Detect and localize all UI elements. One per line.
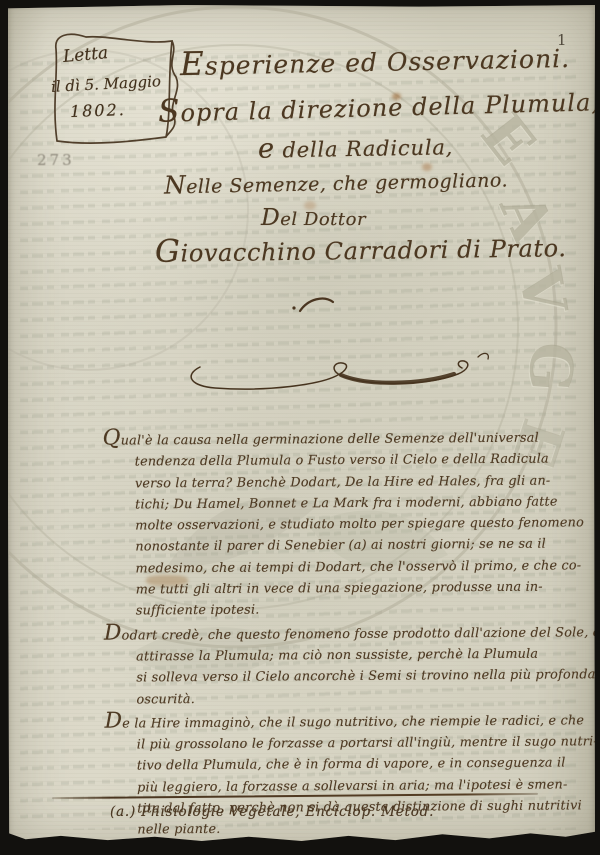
text-line: nonostante il parer di Senebier (a) ai n… xyxy=(135,534,581,558)
text-line: tichi; Du Hamel, Bonnet e La Mark fra i … xyxy=(135,491,581,515)
paper-sheet: E A V G E 1 273 Letta il dì 5. Maggio 18… xyxy=(8,5,595,846)
scanned-manuscript-page: E A V G E 1 273 Letta il dì 5. Maggio 18… xyxy=(0,0,600,855)
text-line: verso la terra? Benchè Dodart, De la Hir… xyxy=(135,470,581,494)
body-text: Qual'è la causa nella germinazione delle… xyxy=(103,427,584,844)
text-line: si solleva verso il Cielo ancorchè i Sem… xyxy=(136,665,582,689)
title-line-3: e della Radicula, xyxy=(258,130,454,164)
text-line: medesimo, che ai tempi di Dodart, che l'… xyxy=(135,555,581,579)
text-line: molte osservazioni, e studiato molto per… xyxy=(135,513,581,537)
text-line: tendenza della Plumula o Fusto verso il … xyxy=(135,449,581,473)
text-line: nelle piante. xyxy=(137,817,583,841)
margin-note-line: 1802. xyxy=(70,100,126,121)
margin-note-line: Letta xyxy=(62,43,109,67)
archive-stamp-number: 273 xyxy=(37,151,75,169)
text-line: attirasse la Plumula; ma ciò non sussist… xyxy=(136,643,582,667)
text-line: tivo della Plumula, che è in forma di va… xyxy=(137,753,583,777)
footnote-text: (a.) Phisiologie Vegetale, Enciclop. Met… xyxy=(110,804,434,820)
paragraph-1: Qual'è la causa nella germinazione delle… xyxy=(103,427,582,622)
text-line: oscurità. xyxy=(136,686,582,710)
author-line: Giovacchino Carradori di Prato. xyxy=(155,228,567,270)
text-line: il più grossolano le forzasse a portarsi… xyxy=(137,731,583,755)
paragraph-2: Dodart credè, che questo fenomeno fosse … xyxy=(104,622,583,711)
text-line: me tutti gli altri in vece di una spiega… xyxy=(136,576,582,600)
title-line-5: Del Dottor xyxy=(261,203,366,231)
text-line: sufficiente ipotesi. xyxy=(136,598,582,622)
paragraph-3: De la Hire immaginò, che il sugo nutriti… xyxy=(105,710,584,841)
